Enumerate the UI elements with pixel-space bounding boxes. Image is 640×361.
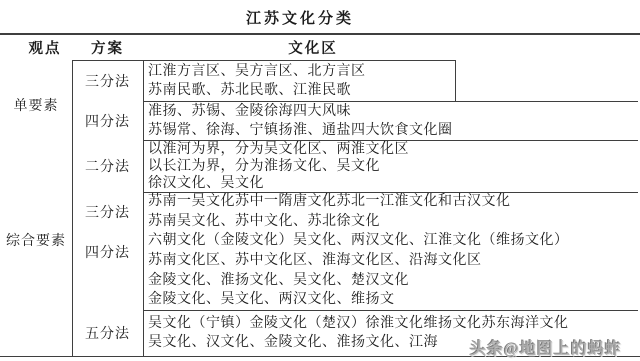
scheme-three-way-2: 三分法 <box>72 192 143 232</box>
scheme-four-way-1: 四分法 <box>72 101 143 140</box>
scheme-five-way: 五分法 <box>72 310 143 356</box>
viewpoint-single-factor: 单要素 <box>0 70 72 140</box>
column-header-scheme: 方案 <box>72 36 143 58</box>
region-cell-three-way-single: 江淮方言区、吴方言区、北方言区 苏南民歌、苏北民歌、江淮民歌 <box>148 60 638 101</box>
region-cell-two-way: 以淮河为界，分为吴文化区、两淮文化区 以长江为界，分为淮扬文化、吴文化 徐汉文化… <box>148 140 638 192</box>
jiangsu-culture-classification-table: 江苏文化分类 观点 方案 文化区 单要素 综合要素 三分法 四分法 二分法 三分… <box>0 0 640 361</box>
title-divider-line <box>0 33 640 35</box>
region-line: 苏南吴文化、苏中文化、苏北徐文化 <box>148 212 638 232</box>
region-line: 苏南文化区、苏中文化区、淮海文化区、沿海文化区 <box>148 251 638 271</box>
watermark: 头条@地图上的蚂蚱 <box>470 336 622 359</box>
region-cell-three-four-way-comprehensive: 苏南一吴文化苏中一隋唐文化苏北一江淮文化和古汉文化 苏南吴文化、苏中文化、苏北徐… <box>148 192 638 310</box>
region-line: 六朝文化（金陵文化）吴文化、两汉文化、江淮文化（维扬文化） <box>148 231 638 251</box>
scheme-two-way: 二分法 <box>72 140 143 192</box>
table-title: 江苏文化分类 <box>0 7 600 28</box>
region-line: 苏南一吴文化苏中一隋唐文化苏北一江淮文化和古汉文化 <box>148 192 638 212</box>
region-line: 金陵文化、吴文化、两汉文化、维扬文 <box>148 290 638 310</box>
region-line: 苏南民歌、苏北民歌、江淮民歌 <box>148 81 638 100</box>
region-line: 金陵文化、淮扬文化、吴文化、楚汉文化 <box>148 271 638 291</box>
scheme-three-way-1: 三分法 <box>72 60 143 101</box>
region-line: 徐汉文化、吴文化 <box>148 175 638 192</box>
viewpoint-comprehensive-factor: 综合要素 <box>0 140 72 340</box>
region-line: 苏锡常、徐海、宁镇扬淮、通盐四大饮食文化圈 <box>148 121 638 140</box>
grid-vline-scheme-region <box>143 60 144 356</box>
region-line: 以淮河为界，分为吴文化区、两淮文化区 <box>148 141 638 158</box>
region-line: 江淮方言区、吴方言区、北方言区 <box>148 62 638 81</box>
region-line: 以长江为界，分为淮扬文化、吴文化 <box>148 158 638 175</box>
region-cell-four-way-single: 准扬、苏锡、金陵徐海四大风味 苏锡常、徐海、宁镇扬淮、通盐四大饮食文化圈 <box>148 101 638 140</box>
column-header-region: 文化区 <box>143 36 483 58</box>
region-line: 准扬、苏锡、金陵徐海四大风味 <box>148 102 638 121</box>
region-line: 吴文化（宁镇）金陵文化（楚汉）徐淮文化维扬文化苏东海洋文化 <box>148 314 638 333</box>
scheme-four-way-2: 四分法 <box>72 232 143 272</box>
